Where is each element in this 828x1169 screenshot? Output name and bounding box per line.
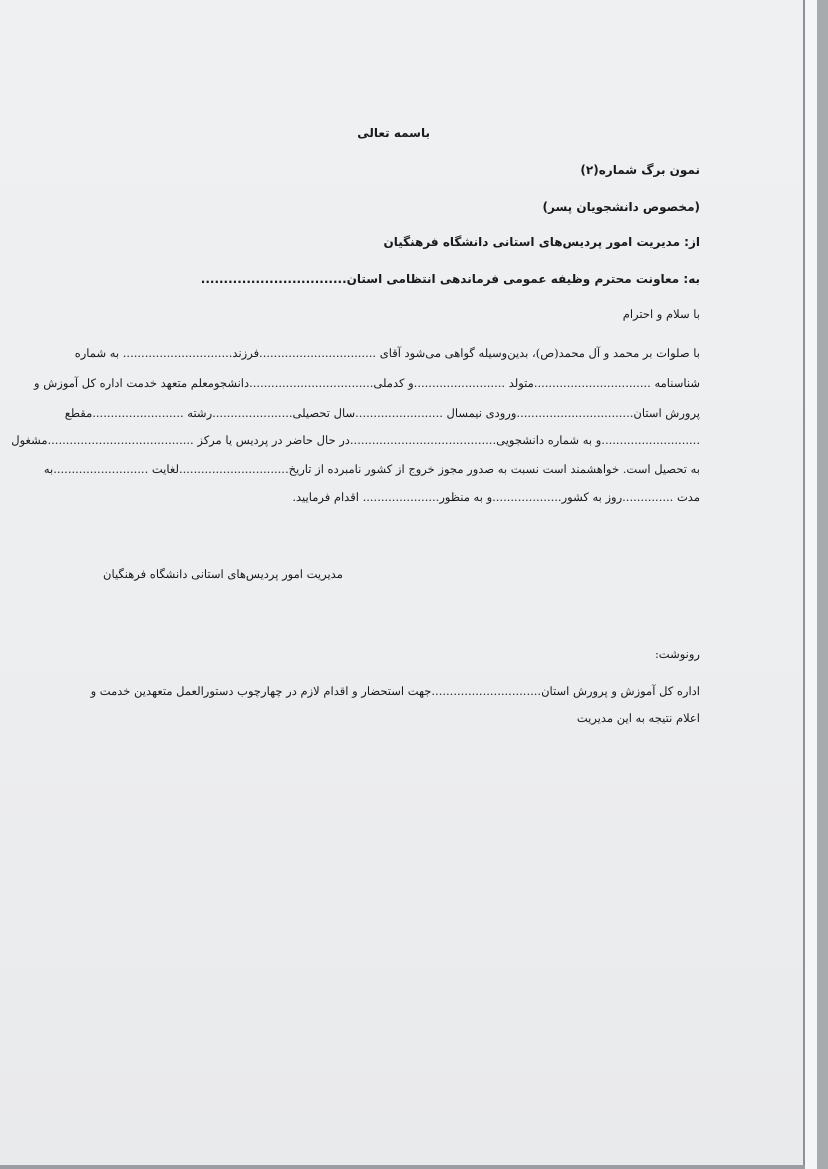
recipient-line: به: معاونت محترم وظیفه عمومی فرماندهی ان… bbox=[201, 272, 700, 286]
body-line: به تحصیل است. خواهشمند است نسبت به صدور … bbox=[103, 462, 700, 476]
scan-margin bbox=[805, 0, 817, 1169]
audience-note: (مخصوص دانشجویان پسر) bbox=[543, 200, 701, 214]
body-line: با صلوات بر محمد و آل محمد(ص)، بدین‌وسیل… bbox=[103, 346, 700, 360]
invocation-heading: باسمه تعالی bbox=[340, 126, 430, 140]
body-line: شناسنامه ...............................… bbox=[103, 376, 700, 390]
greeting: با سلام و احترام bbox=[623, 307, 700, 321]
signature-block: مدیریت امور پردیس‌های استانی دانشگاه فره… bbox=[103, 567, 343, 581]
body-line: مدت ..............روز به کشور...........… bbox=[292, 490, 700, 504]
scan-bottom-edge bbox=[0, 1165, 805, 1169]
scan-background bbox=[817, 0, 828, 1169]
scanned-page: باسمه تعالی نمون برگ شماره(۲) (مخصوص دان… bbox=[0, 0, 803, 1165]
cc-line: اعلام نتیجه به این مدیریت bbox=[577, 711, 700, 725]
cc-label: رونوشت: bbox=[655, 647, 700, 661]
cc-line: اداره کل آموزش و پرورش استان............… bbox=[115, 684, 700, 698]
form-number: نمون برگ شماره(۲) bbox=[580, 163, 700, 177]
sender-line: از: مدیریت امور پردیس‌های استانی دانشگاه… bbox=[383, 235, 700, 249]
body-line: ...........................و به شماره دا… bbox=[103, 433, 700, 447]
body-line: پرورش استان.............................… bbox=[103, 406, 700, 420]
